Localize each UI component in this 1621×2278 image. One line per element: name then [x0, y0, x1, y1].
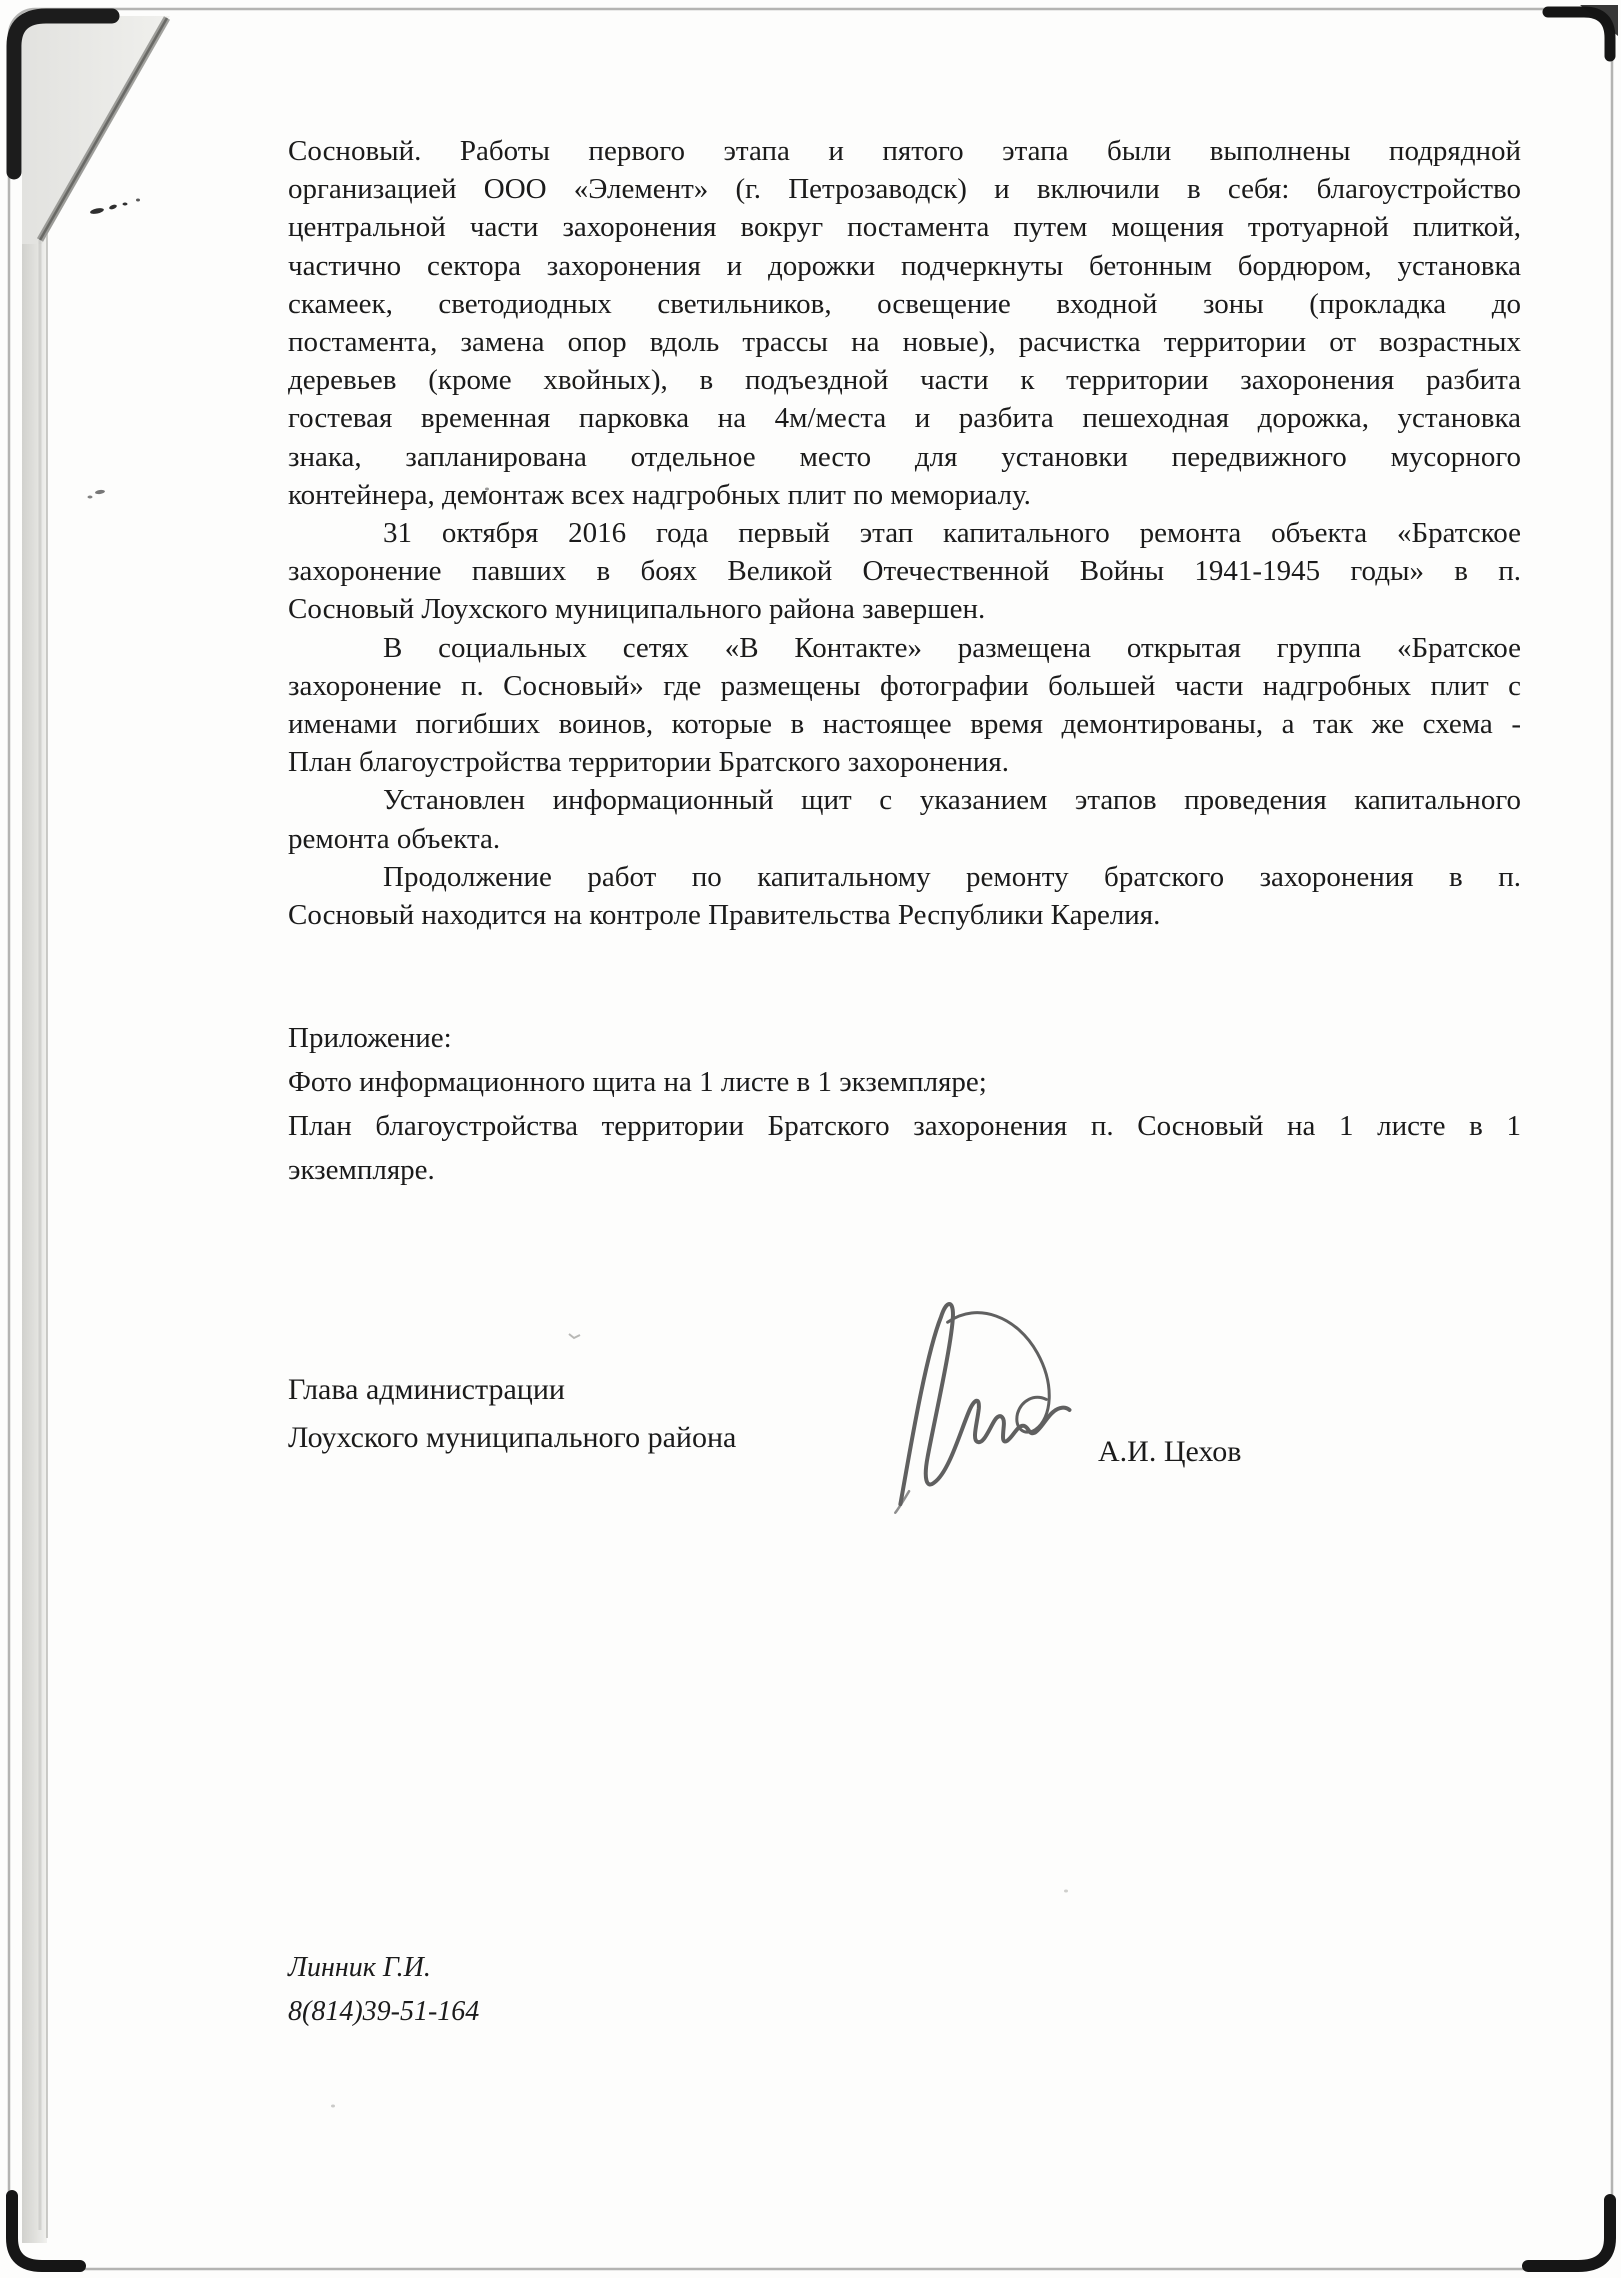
body-line: Сосновый Лоухского муниципального района…	[288, 590, 1521, 628]
body-line: частично сектора захоронения и дорожки п…	[288, 247, 1521, 285]
attachment-section: Приложение: Фото информационного щита на…	[288, 1016, 1521, 1192]
body-line: гостевая временная парковка на 4м/места …	[288, 399, 1521, 437]
frame-corner-top-right	[1548, 12, 1610, 56]
executor-footer: Линник Г.И. 8(814)39-51-164	[288, 1946, 479, 2034]
body-line: постамента, замена опор вдоль трассы на …	[288, 323, 1521, 361]
page-fold-artifact	[22, 16, 170, 244]
body-line: знака, запланирована отдельное место для…	[288, 438, 1521, 476]
frame-corner-bottom-right	[1528, 2200, 1610, 2266]
attachment-item: Фото информационного щита на 1 листе в 1…	[288, 1060, 1521, 1104]
body-line: центральной части захоронения вокруг пос…	[288, 208, 1521, 246]
body-line: Сосновый находится на контроле Правитель…	[288, 896, 1521, 934]
attachment-item-wrap: экземпляре.	[288, 1148, 1521, 1192]
frame-corner-bottom-left	[12, 2196, 80, 2266]
body-line: План благоустройства территории Братског…	[288, 743, 1521, 781]
body-line: именами погибших воинов, которые в насто…	[288, 705, 1521, 743]
body-line: захоронение п. Сосновый» где размещены ф…	[288, 667, 1521, 705]
body-line: ремонта объекта.	[288, 820, 1521, 858]
body-line: В социальных сетях «В Контакте» размещен…	[288, 629, 1521, 667]
body-line: контейнера, демонтаж всех надгробных пли…	[288, 476, 1521, 514]
attachment-item: План благоустройства территории Братског…	[288, 1104, 1521, 1148]
frame-corner-top-right-wedge	[1580, 5, 1618, 36]
body-line: Продолжение работ по капитальному ремонт…	[288, 858, 1521, 896]
attachment-title: Приложение:	[288, 1016, 1521, 1060]
body-line: 31 октября 2016 года первый этап капитал…	[288, 514, 1521, 552]
body-line: скамеек, светодиодных светильников, осве…	[288, 285, 1521, 323]
body-line: Сосновый. Работы первого этапа и пятого …	[288, 132, 1521, 170]
signature-block: Глава администрации Лоухского муниципаль…	[288, 1366, 1521, 1586]
body-line: захоронение павших в боях Великой Отечес…	[288, 552, 1521, 590]
body-line: деревьев (кроме хвойных), в подъездной ч…	[288, 361, 1521, 399]
letter-body: Сосновый. Работы первого этапа и пятого …	[288, 132, 1521, 934]
body-line: организацией ООО «Элемент» (г. Петрозаво…	[288, 170, 1521, 208]
signer-name: А.И. Цехов	[1098, 1428, 1241, 1476]
executor-name: Линник Г.И.	[288, 1946, 479, 1990]
fold-crease	[40, 18, 167, 240]
frame-corner-top-left	[14, 16, 112, 172]
body-line: Установлен информационный щит с указание…	[288, 781, 1521, 819]
signature-autograph-icon	[849, 1277, 1097, 1525]
document-page: Сосновый. Работы первого этапа и пятого …	[0, 0, 1621, 2278]
executor-phone: 8(814)39-51-164	[288, 1990, 479, 2034]
page-edge-shadow	[22, 225, 47, 2243]
